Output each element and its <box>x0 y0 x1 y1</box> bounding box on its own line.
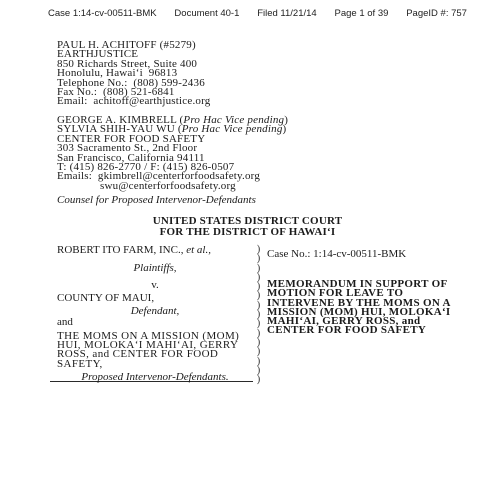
caption-parties-column: ROBERT ITO FARM, INC., et al., Plaintiff… <box>50 243 253 382</box>
intervenor-label: Proposed Intervenor-Defendants. <box>57 372 253 382</box>
ecf-document-number: Document 40-1 <box>174 8 239 19</box>
counsel-for-line: Counsel for Proposed Intervenor-Defendan… <box>57 194 256 206</box>
memo-title-line6: CENTER FOR FOOD SAFETY <box>267 326 495 335</box>
email-line-2: swu@centerforfoodsafety.org <box>57 182 288 191</box>
and-connector: and <box>57 317 253 327</box>
court-title-line1: UNITED STATES DISTRICT COURT <box>0 216 495 227</box>
attorney-block-cfs: GEORGE A. KIMBRELL (Pro Hac Vice pending… <box>57 116 288 191</box>
ecf-stamp-header: Case 1:14-cv-00511-BMK Document 40-1 Fil… <box>48 8 467 19</box>
plaintiff-name: ROBERT ITO FARM, INC., et al., <box>57 245 253 255</box>
attorney-block-earthjustice: PAUL H. ACHITOFF (#5279) EARTHJUSTICE 85… <box>57 41 210 107</box>
caption-right-column: Case No.: 1:14-cv-00511-BMK MEMORANDUM I… <box>264 243 495 336</box>
ecf-pageid: PageID #: 757 <box>406 8 467 19</box>
plaintiffs-label: Plaintiffs, <box>57 263 253 273</box>
ecf-page-count: Page 1 of 39 <box>335 8 389 19</box>
close-paren: ) <box>283 123 287 135</box>
caption-paren-glyph: ) <box>257 375 260 384</box>
ecf-filed-date: Filed 11/21/14 <box>257 8 317 19</box>
case-number: Case No.: 1:14-cv-00511-BMK <box>267 249 495 259</box>
intervenor-name-line4: SAFETY, <box>57 360 253 369</box>
et-al-note: et al., <box>186 244 211 256</box>
versus-label: v. <box>57 280 253 290</box>
court-title: UNITED STATES DISTRICT COURT FOR THE DIS… <box>0 216 495 237</box>
ecf-case-number: Case 1:14-cv-00511-BMK <box>48 8 157 19</box>
court-filing-page: Case 1:14-cv-00511-BMK Document 40-1 Fil… <box>0 0 495 495</box>
caption-paren-divider: ))))))))))))))) <box>253 245 264 384</box>
memorandum-title: MEMORANDUM IN SUPPORT OF MOTION FOR LEAV… <box>267 280 495 336</box>
email-line: Email: achitoff@earthjustice.org <box>57 97 210 106</box>
plaintiff-name-text: ROBERT ITO FARM, INC., <box>57 244 186 256</box>
defendant-name: COUNTY OF MAUI, <box>57 293 253 303</box>
court-title-line2: FOR THE DISTRICT OF HAWAI‘I <box>0 227 495 238</box>
defendant-label: Defendant, <box>57 306 253 316</box>
case-caption: ROBERT ITO FARM, INC., et al., Plaintiff… <box>50 243 495 384</box>
